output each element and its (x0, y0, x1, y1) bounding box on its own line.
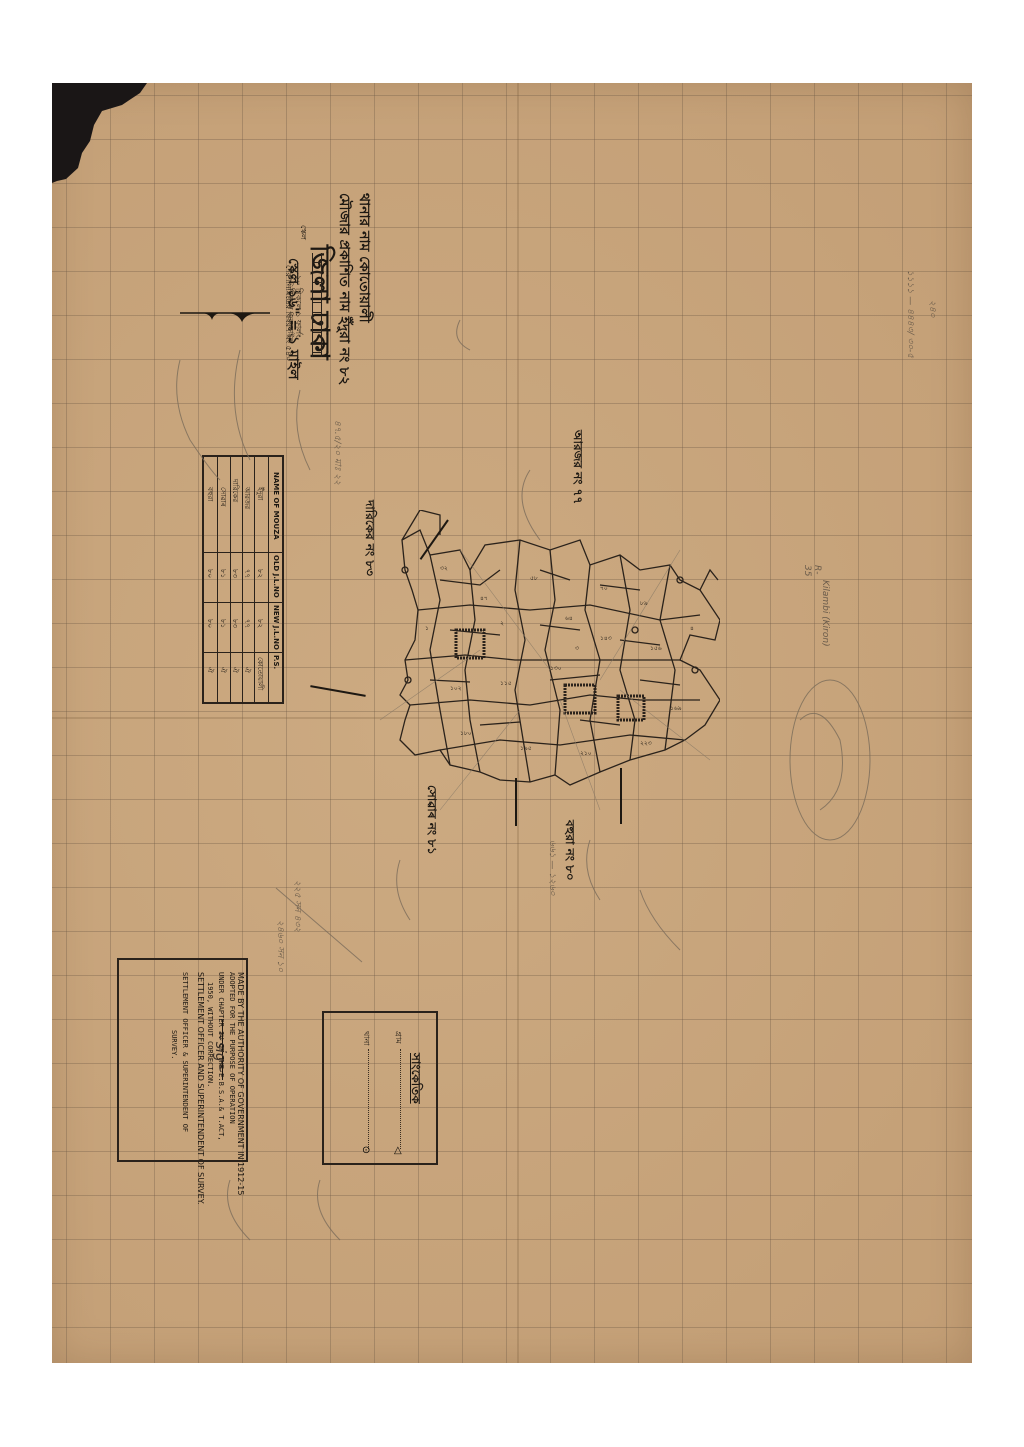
pencil-markings (0, 0, 1024, 1447)
